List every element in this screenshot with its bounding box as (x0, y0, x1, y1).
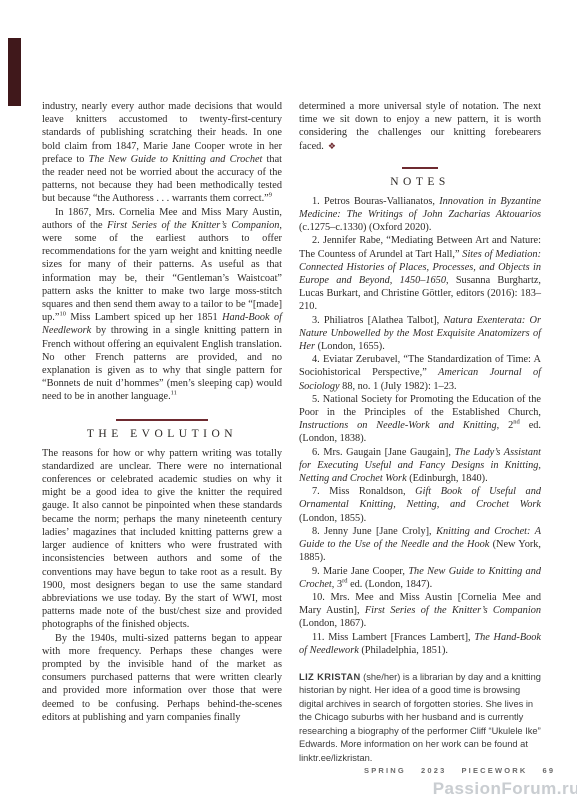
text-run: ed. (London, 1847). (348, 579, 433, 590)
note-item: 10. Mrs. Mee and Miss Austin [Cornelia M… (299, 591, 541, 631)
paragraph: determined a more universal style of not… (299, 100, 541, 153)
page-footer: SPRING 2023 PIECEWORK 69 (364, 766, 530, 775)
bio-name: LIZ KRISTAN (299, 672, 361, 682)
text-run: 6. Mrs. Gaugain [Jane Gaugain], (312, 447, 455, 458)
note-item: 9. Marie Jane Cooper, The New Guide to K… (299, 565, 541, 591)
text-run: 5. National Society for Promoting the Ed… (299, 394, 541, 418)
note-item: 6. Mrs. Gaugain [Jane Gaugain], The Lady… (299, 446, 541, 486)
notes-list: 1. Petros Bouras-Vallianatos, Innovation… (299, 195, 541, 657)
text-run: (London, 1855). (299, 513, 366, 524)
note-item: 3. Philiatros [Alathea Talbot], Natura E… (299, 314, 541, 354)
text-run: 88, no. 1 (July 1982): 1–23. (340, 381, 457, 392)
section-rule (402, 167, 438, 169)
text-run: by throwing in a single knitting pattern… (42, 325, 282, 402)
note-item: 2. Jennifer Rabe, “Mediating Between Art… (299, 234, 541, 313)
section-title: NOTES (299, 176, 541, 188)
text-run: Miss Lambert spiced up her 1851 (66, 312, 222, 323)
section-heading-notes: NOTES (299, 167, 541, 188)
author-bio: LIZ KRISTAN (she/her) is a librarian by … (299, 671, 541, 766)
note-item: 11. Miss Lambert [Frances Lambert], The … (299, 631, 541, 657)
text-run: 8. Jenny June [Jane Croly], (312, 526, 436, 537)
text-run: 11. Miss Lambert [Frances Lambert], (312, 632, 474, 643)
text-run: The reasons for how or why pattern writi… (42, 448, 282, 631)
text-run: , 3 (332, 579, 342, 590)
text-run: (London, 1655). (315, 341, 385, 352)
note-item: 4. Eviatar Zerubavel, “The Standardizati… (299, 353, 541, 393)
footer-magazine-title: PIECEWORK (461, 766, 527, 775)
text-run: First Series of the Knitter’s Companion (365, 605, 541, 616)
text-run: 11 (171, 390, 177, 397)
note-item: 1. Petros Bouras-Vallianatos, Innovation… (299, 195, 541, 235)
fleuron: ❖ (324, 141, 336, 151)
paragraph: By the 1940s, multi-sized patterns began… (42, 632, 282, 724)
text-run: 3. Philiatros [Alathea Talbot], (312, 315, 443, 326)
text-run: , 2 (497, 420, 514, 431)
text-run: (c.1275–c.1330) (Oxford 2020). (299, 222, 431, 233)
text-run: , were some of the earliest authors to o… (42, 220, 282, 323)
text-run: 9. Marie Jane Cooper, (312, 566, 408, 577)
section-heading-evolution: THE EVOLUTION (42, 419, 282, 440)
footer-year: 2023 (421, 766, 447, 775)
footer-season: SPRING (364, 766, 406, 775)
text-run: By the 1940s, multi-sized patterns began… (42, 633, 282, 723)
text-run: 7. Miss Ronaldson, (312, 486, 415, 497)
text-run: (Edinburgh, 1840). (407, 473, 488, 484)
page-number: 69 (543, 766, 556, 775)
note-item: 5. National Society for Promoting the Ed… (299, 393, 541, 446)
note-item: 7. Miss Ronaldson, Gift Book of Useful a… (299, 485, 541, 525)
text-run: (Philadelphia, 1851). (359, 645, 448, 656)
text-run: Instructions on Needle-Work and Knitting (299, 420, 497, 431)
right-column: determined a more universal style of not… (299, 100, 541, 765)
magazine-page: industry, nearly every author made decis… (0, 0, 577, 800)
section-rule (116, 419, 208, 421)
note-item: 8. Jenny June [Jane Croly], Knitting and… (299, 525, 541, 565)
text-run: (London, 1867). (299, 618, 366, 629)
paragraph: industry, nearly every author made decis… (42, 100, 282, 206)
text-run: First Series of the Knitter’s Companion (107, 220, 279, 231)
text-run: The New Guide to Knitting and Crochet (89, 154, 263, 165)
text-run: (she/her) is a librarian by day and a kn… (299, 672, 541, 763)
paragraph: In 1867, Mrs. Cornelia Mee and Miss Mary… (42, 206, 282, 404)
text-run: 9 (269, 192, 272, 199)
paragraph: The reasons for how or why pattern writi… (42, 447, 282, 632)
left-column: industry, nearly every author made decis… (42, 100, 282, 724)
text-run: 1. Petros Bouras-Vallianatos, (312, 196, 439, 207)
watermark: PassionForum.ru (433, 779, 577, 799)
section-title: THE EVOLUTION (42, 428, 282, 440)
spine-mark (8, 38, 21, 106)
